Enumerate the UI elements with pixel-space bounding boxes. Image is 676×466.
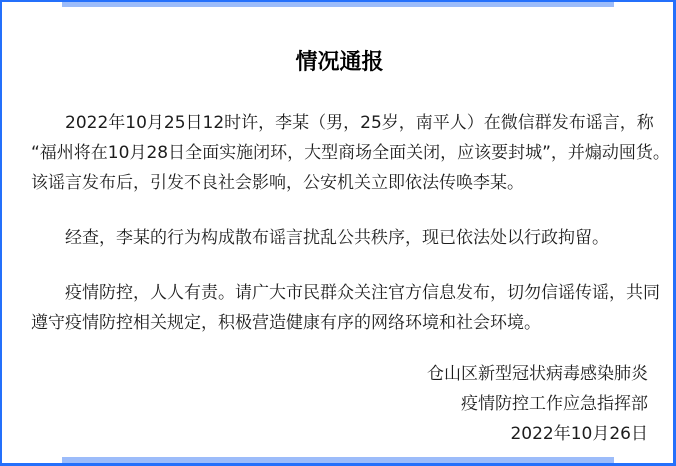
paragraph-investigation: 经查，李某的行为构成散布谣言扰乱公共秩序，现已依法处以行政拘留。 — [31, 223, 648, 253]
signature-date: 2022年10月26日 — [31, 419, 648, 449]
text-line: 2022年10月25日12时许，李某（男，25岁，南平人）在微信群发布谣言，称 — [31, 108, 648, 138]
paragraph-appeal: 疫情防控，人人有责。请广大市民群众关注官方信息发布，切勿信谣传谣，共同 遵守疫情… — [31, 278, 648, 338]
text-line: 经查，李某的行为构成散布谣言扰乱公共秩序，现已依法处以行政拘留。 — [31, 223, 648, 253]
text-line: 该谣言发布后，引发不良社会影响，公安机关立即依法传唤李某。 — [31, 168, 648, 198]
signature-org-line-2: 疫情防控工作应急指挥部 — [31, 389, 648, 419]
signature-org-line-1: 仓山区新型冠状病毒感染肺炎 — [31, 359, 648, 389]
paragraph-incident: 2022年10月25日12时许，李某（男，25岁，南平人）在微信群发布谣言，称 … — [31, 108, 648, 198]
text-line: 疫情防控，人人有责。请广大市民群众关注官方信息发布，切勿信谣传谣，共同 — [31, 278, 648, 308]
text-line: 遵守疫情防控相关规定，积极营造健康有序的网络环境和社会环境。 — [31, 308, 648, 338]
notice-title: 情况通报 — [31, 48, 648, 78]
notice-content: 情况通报 2022年10月25日12时许，李某（男，25岁，南平人）在微信群发布… — [2, 2, 673, 449]
notice-document: 情况通报 2022年10月25日12时许，李某（男，25岁，南平人）在微信群发布… — [0, 0, 676, 466]
top-accent-bar — [62, 0, 614, 7]
signature-block: 仓山区新型冠状病毒感染肺炎 疫情防控工作应急指挥部 2022年10月26日 — [31, 359, 648, 449]
text-line: “福州将在10月28日全面实施闭环，大型商场全面关闭，应该要封城”，并煽动囤货。 — [31, 138, 648, 168]
bottom-accent-bar — [62, 457, 614, 463]
